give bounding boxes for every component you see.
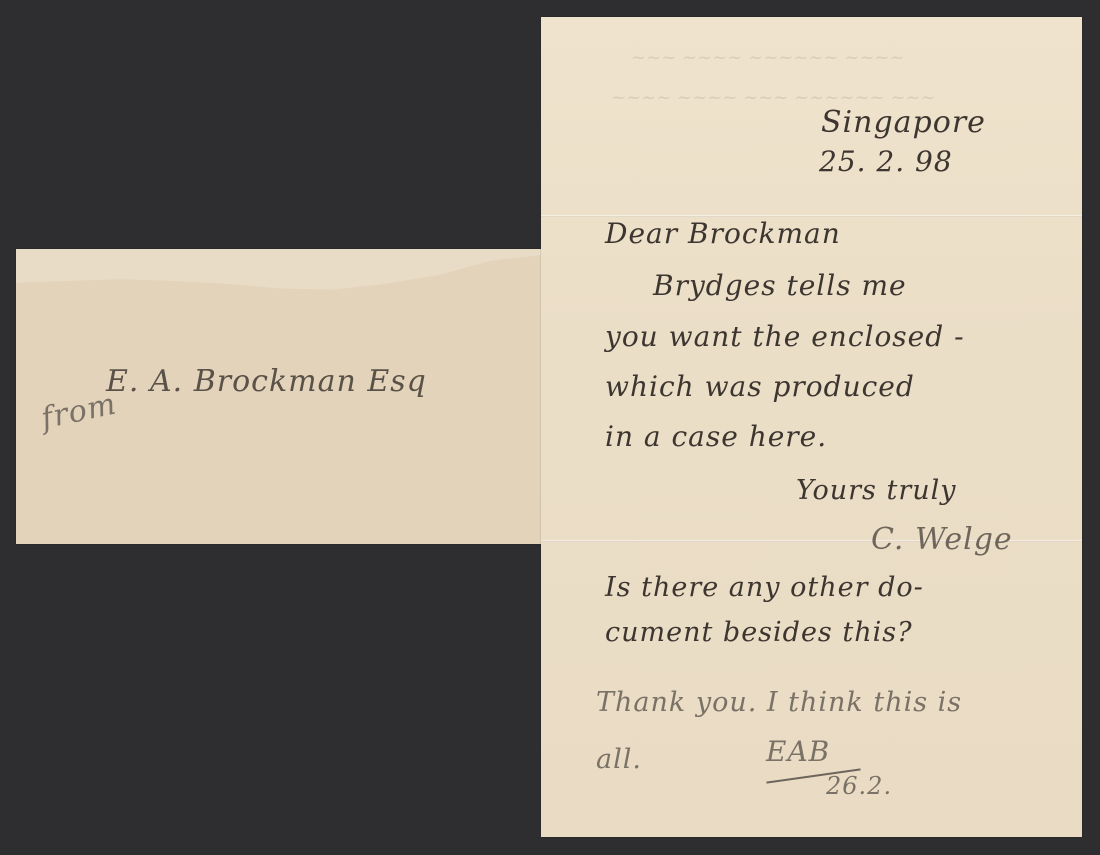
letter-salutation: Dear Brockman <box>605 217 841 250</box>
letter-body-line: which was produced <box>605 370 915 403</box>
letter-date: 25. 2. 98 <box>819 145 953 178</box>
bleed-through-text: ~~~ ~~~~ ~~~~~~ ~~~~ <box>631 47 905 68</box>
letter-body-line: you want the enclosed - <box>605 320 965 353</box>
letter-body-line: in a case here. <box>605 420 827 453</box>
reply-date: 26.2. <box>826 772 892 800</box>
envelope-addressee: E. A. Brockman Esq <box>106 364 427 399</box>
postscript-line: Is there any other do- <box>605 572 924 603</box>
letter-sheet: ~~~ ~~~~ ~~~~~~ ~~~~ ~~~~ ~~~~ ~~~ ~~~~~… <box>541 17 1082 837</box>
letter-signature: C. Welge <box>871 522 1013 557</box>
reply-line: Thank you. I think this is <box>596 687 962 718</box>
reply-initials: EAB <box>766 735 830 768</box>
letter-closing: Yours truly <box>796 475 957 506</box>
envelope-fragment: from E. A. Brockman Esq <box>16 249 544 544</box>
postscript-line: cument besides this? <box>605 617 913 648</box>
reply-line: all. <box>596 744 642 775</box>
envelope-torn-flap <box>16 249 544 307</box>
letter-body-line: Brydges tells me <box>653 269 907 302</box>
letter-place: Singapore <box>821 105 986 140</box>
